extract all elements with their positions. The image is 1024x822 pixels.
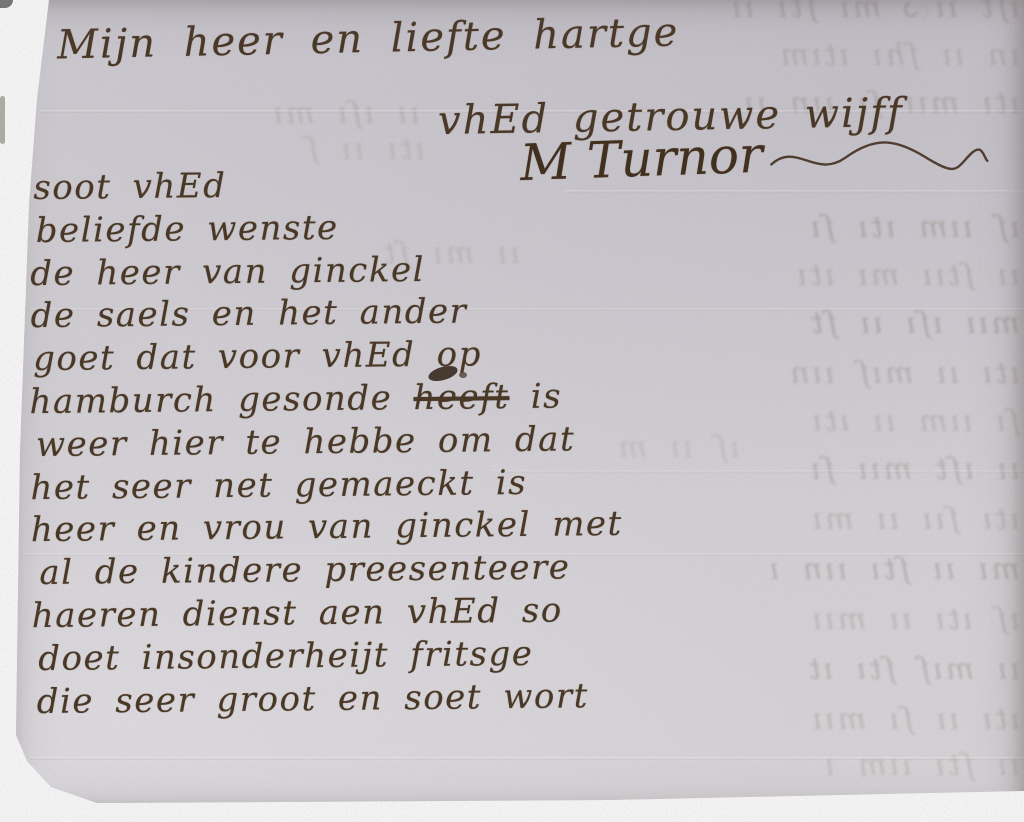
verso-showthrough-line: ſı ıım ıı ıtı — [700, 404, 1020, 439]
letter-line: haeren dienst aen vhEd so — [32, 589, 624, 638]
letter-line: heer en vrou van ginckel met — [31, 503, 623, 552]
pen-flourish-icon — [768, 133, 989, 183]
verso-showthrough-line: ıſt ııు mı ſtı ıı — [650, 0, 1020, 32]
scan-edge-mark — [0, 96, 5, 144]
letter-line: het seer net gemaeckt is — [30, 460, 622, 509]
fold-crease — [563, 190, 1024, 193]
verso-showthrough-line: ıſ ıım ıtı ſı — [700, 210, 1020, 245]
letter-line: beliefde wenste — [36, 204, 620, 253]
letter-line: soot vhEd — [33, 161, 619, 210]
letter-line: doet insonderheijt fritsge — [38, 632, 624, 681]
scan-edge-speck — [0, 0, 13, 8]
fold-crease — [30, 757, 1024, 760]
verso-showthrough-line: ıı ſtı ıım ı — [680, 748, 1020, 783]
letter-line: weer hier te hebbe om dat — [36, 418, 622, 467]
verso-showthrough-line: ıı ſtıı mı ıtı — [660, 258, 1020, 293]
verso-showthrough-line: ıı ıſı mı — [150, 96, 420, 131]
verso-showthrough-line: ıtı ıı mıſ ıın — [650, 356, 1020, 391]
letter-line-segment: hamburch gesonde — [29, 378, 413, 422]
scanned-letter-page: { "letter": { "salutation": "Mijn heer e… — [0, 0, 1024, 822]
verso-showthrough-line: ıſ ıtı ıı mıı — [690, 602, 1020, 637]
verso-showthrough-line: mıı ıſı ıı ſt — [690, 306, 1020, 341]
letter-line: goet dat voor vhEd op — [33, 332, 621, 381]
verso-showthrough-line: ıtı ıı ſı mıı — [700, 702, 1020, 737]
verso-showthrough-line: mı ıı ſtı ıın ı — [650, 552, 1020, 587]
verso-showthrough-line: ıı ıſt mıı ſı — [660, 452, 1020, 487]
ink-blot-dot — [459, 372, 467, 378]
letter-line: de heer van ginckel — [30, 247, 620, 296]
letter-line-with-correction: hamburch gesonde heeft is — [29, 375, 621, 424]
struck-word: heeft — [413, 377, 509, 418]
letter-line: de saels en het ander — [30, 289, 620, 338]
salutation-line: Mijn heer en liefte hartge — [57, 9, 680, 68]
verso-showthrough-line: ıtı ſıı ıı mı — [700, 502, 1020, 537]
letter-body: soot vhEd beliefde wenste de heer van gi… — [27, 161, 625, 724]
letter-line: die seer groot en soet wort — [36, 674, 624, 723]
verso-showthrough-line: ıtı ıı ſ — [215, 132, 425, 167]
letter-paper-sheet: ıſt ııు mı ſtı ıı ın ıı ſhı ıtım ıtı mıı… — [0, 0, 1024, 822]
letter-line: al de kindere preesenteere — [39, 546, 623, 595]
verso-showthrough-line: ın ıı ſhı ıtım — [660, 38, 1020, 73]
verso-showthrough-line: ıı mıſ ſtı ıt — [660, 652, 1020, 687]
letter-line-segment: is — [509, 377, 562, 418]
